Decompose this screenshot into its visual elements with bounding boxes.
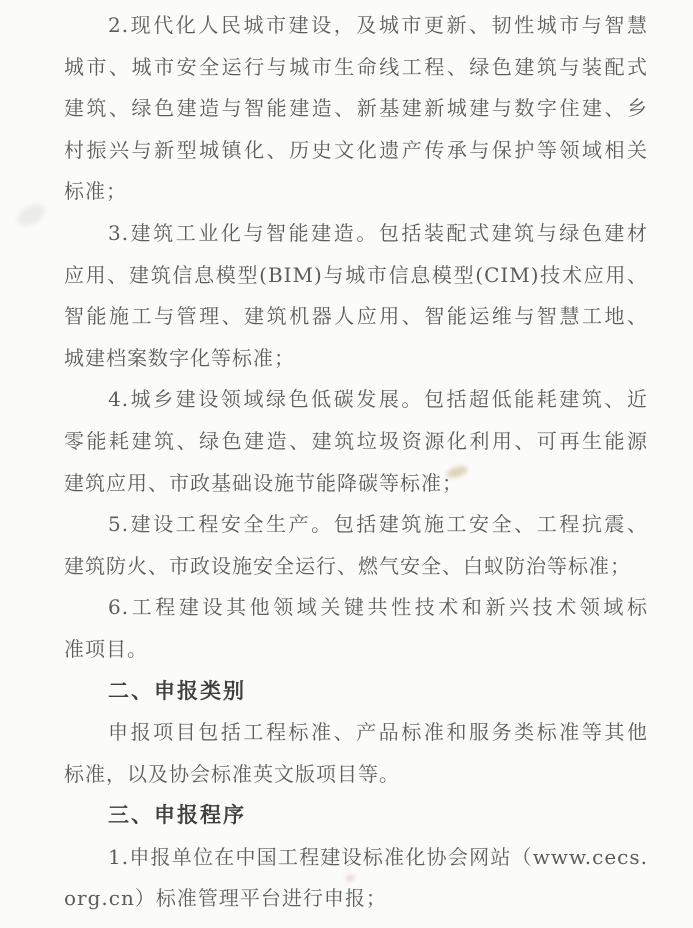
application-category-description-line: 申报项目包括工程标准、产品标准和服务类标准等其他 (64, 712, 648, 754)
procedure-step-1-line: 1.申报单位在中国工程建设标准化协会网站（www.cecs. (64, 837, 648, 879)
item-2-urban-modernization-line: 城市、城市安全运行与城市生命线工程、绿色建筑与装配式 (64, 47, 648, 89)
item-6-other-key-technologies-line: 6.工程建设其他领域关键共性技术和新兴技术领域标 (64, 587, 648, 629)
item-3-industrialization-smart-construction-line: 3.建筑工业化与智能建造。包括装配式建筑与绿色建材 (64, 213, 648, 255)
document-text-content: 2.现代化人民城市建设，及城市更新、韧性城市与智慧城市、城市安全运行与城市生命线… (64, 5, 648, 920)
item-4-green-low-carbon-line: 零能耗建筑、绿色建造、建筑垃圾资源化利用、可再生能源 (64, 421, 648, 463)
item-4-green-low-carbon-line: 建筑应用、市政基础设施节能降碳等标准； (64, 463, 648, 505)
item-2-urban-modernization-line: 建筑、绿色建造与智能建造、新基建新城建与数字住建、乡 (64, 88, 648, 130)
item-2-urban-modernization-line: 村振兴与新型城镇化、历史文化遗产传承与保护等领域相关 (64, 130, 648, 172)
item-5-construction-safety-line: 建筑防火、市政设施安全运行、燃气安全、白蚁防治等标准； (64, 546, 648, 588)
item-2-urban-modernization-line: 标准； (64, 171, 648, 213)
procedure-step-1-line: org.cn）标准管理平台进行申报； (64, 878, 648, 920)
section-heading-application-category: 二、申报类别 (64, 671, 648, 713)
item-3-industrialization-smart-construction-line: 智能施工与管理、建筑机器人应用、智能运维与智慧工地、 (64, 296, 648, 338)
section-heading-application-procedure: 三、申报程序 (64, 795, 648, 837)
item-5-construction-safety-line: 5.建设工程安全生产。包括建筑施工安全、工程抗震、 (64, 504, 648, 546)
item-3-industrialization-smart-construction-line: 城建档案数字化等标准； (64, 338, 648, 380)
item-4-green-low-carbon-line: 4.城乡建设领域绿色低碳发展。包括超低能耗建筑、近 (64, 379, 648, 421)
item-3-industrialization-smart-construction-line: 应用、建筑信息模型(BIM)与城市信息模型(CIM)技术应用、 (64, 255, 648, 297)
smudge-gray-left-margin (14, 199, 49, 230)
item-2-urban-modernization-line: 2.现代化人民城市建设，及城市更新、韧性城市与智慧 (64, 5, 648, 47)
scanned-document-page: 2.现代化人民城市建设，及城市更新、韧性城市与智慧城市、城市安全运行与城市生命线… (0, 0, 693, 928)
application-category-description-line: 标准，以及协会标准英文版项目等。 (64, 754, 648, 796)
item-6-other-key-technologies-line: 准项目。 (64, 629, 648, 671)
